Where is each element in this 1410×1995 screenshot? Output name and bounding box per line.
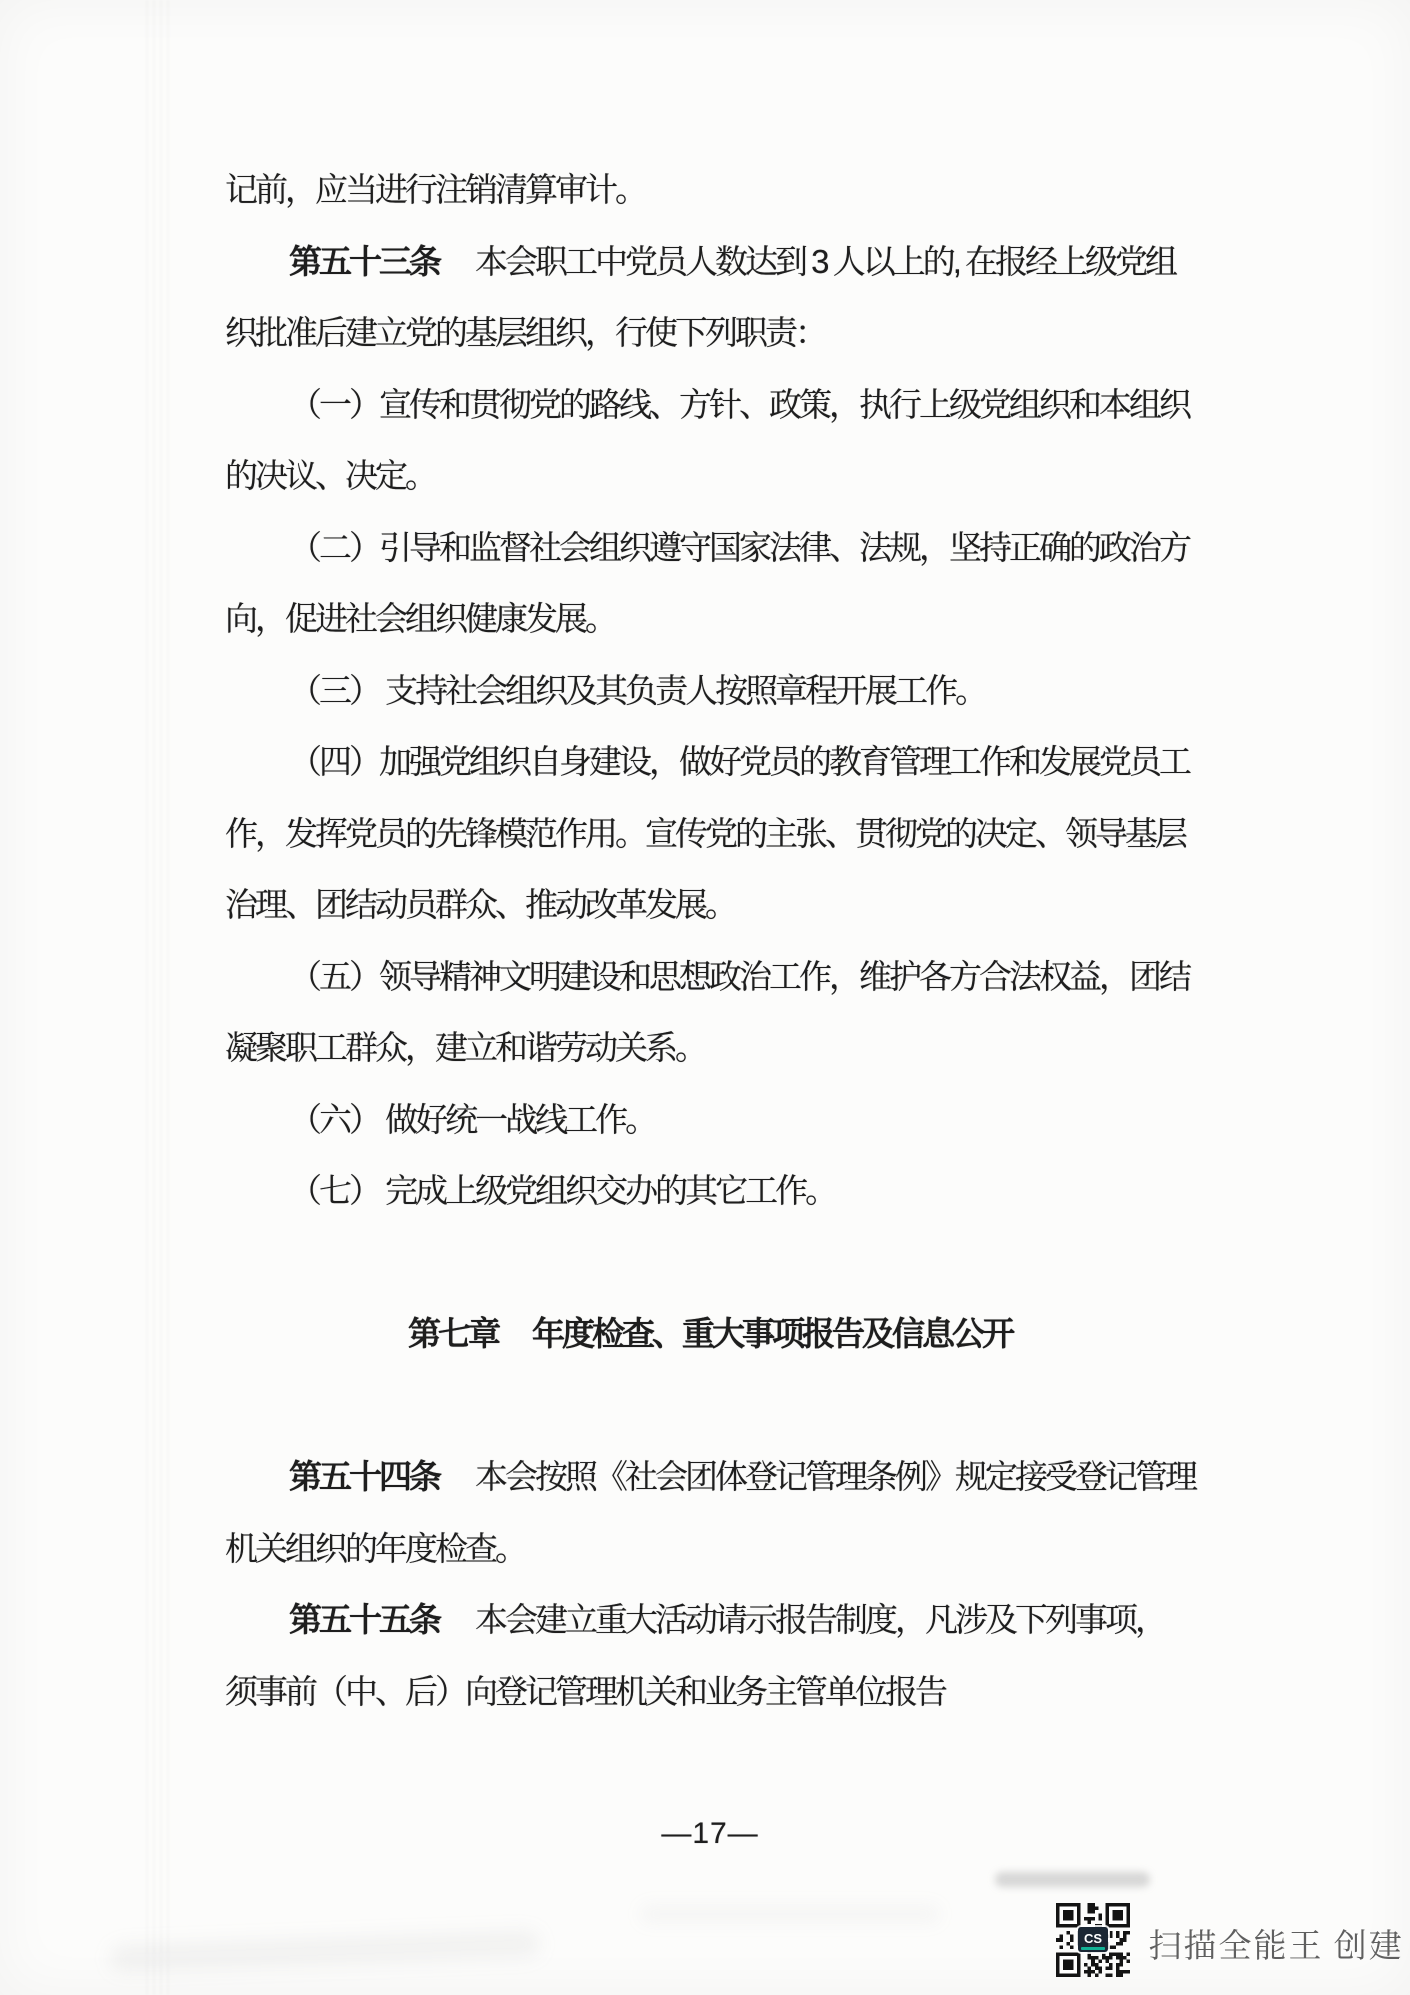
text-line: （三） 支持社会组织及其负责人按照章程开展工作。 (225, 655, 1195, 727)
text-line: 第五十三条本会职工中党员人数达到 3 人以上的, 在报经上级党组 (225, 226, 1195, 298)
text-body: 记前，应当进行注销清算审计。第五十三条本会职工中党员人数达到 3 人以上的, 在… (225, 154, 1195, 1727)
text-line: 第五十五条本会建立重大活动请示报告制度，凡涉及下列事项， (225, 1584, 1195, 1656)
camscanner-badge-accent (1081, 1947, 1105, 1951)
text-line: 机关组织的年度检查。 (225, 1513, 1195, 1585)
text-line: 的决议、决定。 (225, 440, 1195, 512)
watermark-text: 扫描全能王 创建 (1148, 1920, 1403, 1967)
text-line: （四）加强党组织自身建设，做好党员的教育管理工作和发展党员工 (225, 726, 1195, 798)
text-line (225, 1370, 1195, 1442)
scan-smudge-artifact (110, 1931, 541, 1972)
text-line: 须事前（中、后）向登记管理机关和业务主管单位报告 (225, 1656, 1195, 1728)
text-line: 凝聚职工群众，建立和谐劳动关系。 (225, 1012, 1195, 1084)
scan-smudge-artifact (640, 1905, 940, 1923)
text-line: （五）领导精神文明建设和思想政治工作，维护各方合法权益，团结 (225, 941, 1195, 1013)
text-line: （二）引导和监督社会组织遵守国家法律、法规，坚持正确的政治方 (225, 512, 1195, 584)
scanned-page: 记前，应当进行注销清算审计。第五十三条本会职工中党员人数达到 3 人以上的, 在… (0, 0, 1410, 1995)
text-line: 织批准后建立党的基层组织，行使下列职责： (225, 297, 1195, 369)
scanner-watermark: CS 扫描全能王 创建 (1056, 1903, 1404, 1981)
scan-smudge-artifact (995, 1872, 1150, 1887)
qr-code-icon: CS (1056, 1903, 1130, 1977)
text-line: 作，发挥党员的先锋模范作用。宣传党的主张、贯彻党的决定、领导基层 (225, 798, 1195, 870)
page-number: —17— (225, 1798, 1195, 1870)
text-line: 记前，应当进行注销清算审计。 (225, 154, 1195, 226)
text-line: 第五十四条本会按照《社会团体登记管理条例》规定接受登记管理 (225, 1441, 1195, 1513)
text-line (225, 1227, 1195, 1299)
camscanner-badge-label: CS (1084, 1932, 1102, 1945)
text-line: 第七章年度检查、重大事项报告及信息公开 (225, 1298, 1195, 1370)
scan-streak-artifact (146, 0, 174, 1995)
camscanner-badge: CS (1078, 1927, 1108, 1952)
text-line: （一）宣传和贯彻党的路线、方针、政策，执行上级党组织和本组织 (225, 369, 1195, 441)
text-line: （六） 做好统一战线工作。 (225, 1084, 1195, 1156)
text-line: （七） 完成上级党组织交办的其它工作。 (225, 1155, 1195, 1227)
text-line: 向，促进社会组织健康发展。 (225, 583, 1195, 655)
text-line: 治理、团结动员群众、推动改革发展。 (225, 869, 1195, 941)
